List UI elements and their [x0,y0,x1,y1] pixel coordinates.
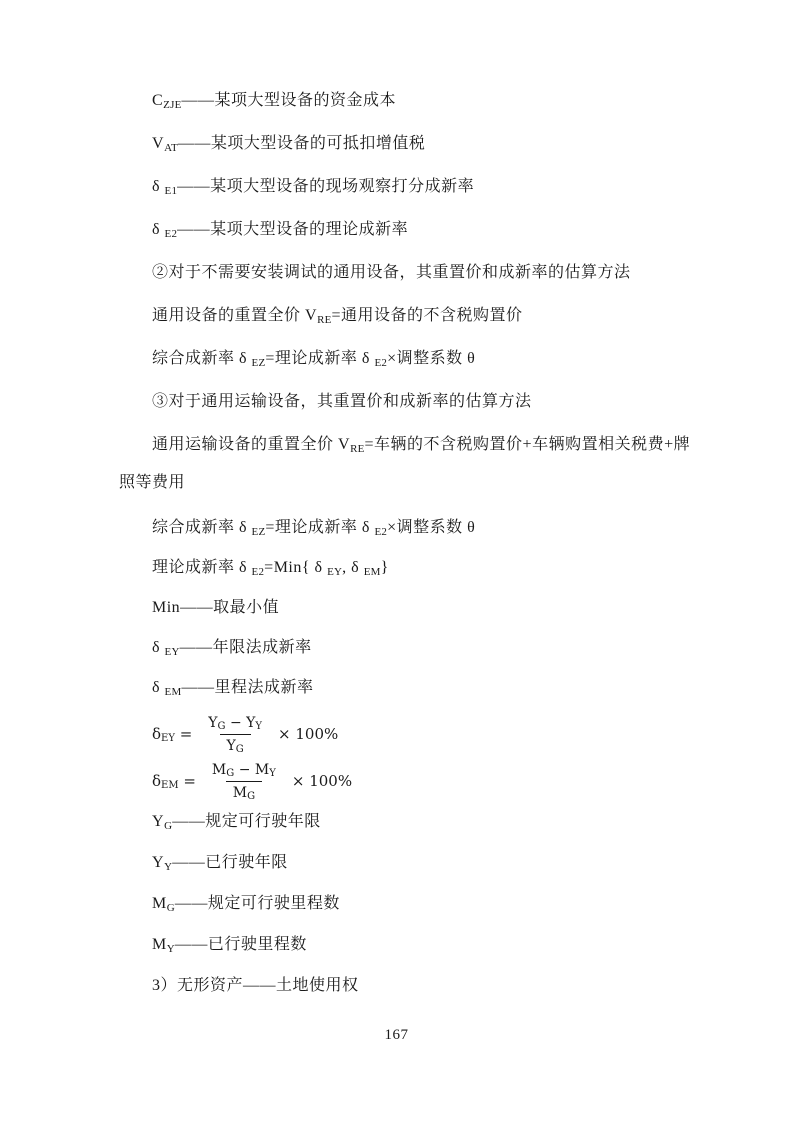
document-body: CZJE——某项大型设备的资金成本VAT——某项大型设备的可抵扣增值税δ E1—… [119,82,727,1008]
text-segment: × 100% [292,772,352,790]
text-line: δ E2——某项大型设备的理论成新率 [119,211,727,249]
text-line: δ E1——某项大型设备的现场观察打分成新率 [119,168,727,206]
text-segment: =理论成新率 δ [265,519,374,536]
formula: δEM = MG − MYMG× 100% [152,762,727,801]
text-segment: × 100% [278,725,338,743]
fraction: YG − YYYG [201,715,269,754]
text-segment: δ [152,725,161,743]
formula-lhs: δEY = [152,726,192,743]
text-line: MG——规定可行驶里程数 [119,885,727,923]
text-line: YY——已行驶年限 [119,844,727,882]
fraction-denominator: MG [226,781,262,801]
text-line: 3）无形资产——土地使用权 [119,967,727,1005]
text-segment: Y [227,738,236,754]
text-line: Min——取最小值 [119,589,727,627]
text-segment: ——规定可行驶年限 [172,813,321,830]
text-segment: M [255,762,269,778]
subscript-text: EZ [252,526,266,538]
text-segment: 照等费用 [119,474,185,491]
text-segment: = [179,772,196,790]
text-line: YG——规定可行驶年限 [119,803,727,841]
text-line: VAT——某项大型设备的可抵扣增值税 [119,125,727,163]
text-segment: 综合成新率 δ [152,350,252,367]
text-segment: δ [152,639,165,656]
subscript-text: Y [269,768,276,779]
subscript-text: E2 [374,357,387,369]
text-line: 综合成新率 δ EZ=理论成新率 δ E2×调整系数 θ [119,340,727,378]
text-line: 理论成新率 δ E2=Min{ δ EY, δ EM} [119,549,727,587]
subscript-text: E2 [165,228,178,240]
subscript-text: E2 [374,526,387,538]
subscript-text: E1 [165,185,178,197]
text-segment: =通用设备的不含税购置价 [332,307,523,324]
text-segment: ——已行驶里程数 [175,936,307,953]
formula: δEY = YG − YYYG× 100% [152,715,727,754]
text-segment: ——规定可行驶里程数 [175,895,340,912]
fraction-numerator: MG − MY [205,762,283,781]
subscript-text: G [218,721,226,732]
page-number: 167 [385,1027,409,1043]
text-segment: ——年限法成新率 [180,639,312,656]
text-line: δ EM——里程法成新率 [119,669,727,707]
text-segment: 3）无形资产——土地使用权 [152,977,359,994]
subscript-text: EY [327,566,342,578]
text-segment: δ [152,221,165,238]
subscript-text: G [236,744,244,755]
subscript-text: Y [164,861,172,873]
text-segment: δ [152,772,161,790]
formula-lhs: δEM = [152,773,196,790]
text-segment: − [226,715,247,731]
text-line: ③对于通用运输设备，其重置价和成新率的估算方法 [119,383,727,421]
text-segment: δ [152,178,165,195]
subscript-text: EM [165,686,182,698]
text-segment: } [381,559,389,576]
text-segment: ——里程法成新率 [181,679,313,696]
document-page: CZJE——某项大型设备的资金成本VAT——某项大型设备的可抵扣增值税δ E1—… [0,0,793,1122]
fraction-denominator: YG [220,734,251,754]
subscript-text: EY [161,733,175,744]
text-line: ②对于不需要安装调试的通用设备，其重置价和成新率的估算方法 [119,254,727,292]
text-line: δ EY——年限法成新率 [119,629,727,667]
subscript-text: E2 [252,566,265,578]
text-segment: ——某项大型设备的现场观察打分成新率 [177,178,474,195]
subscript-text: G [164,820,172,832]
subscript-text: RE [317,314,331,326]
text-line: CZJE——某项大型设备的资金成本 [119,82,727,120]
formula-tail: × 100% [292,773,352,790]
text-segment: Min——取最小值 [152,599,279,616]
text-segment: = [175,725,192,743]
text-segment: − [234,762,255,778]
text-segment: ③对于通用运输设备，其重置价和成新率的估算方法 [152,393,532,410]
text-line: 通用设备的重置全价 VRE=通用设备的不含税购置价 [119,297,727,335]
text-segment: Y [208,715,217,731]
text-segment: 综合成新率 δ [152,519,252,536]
subscript-text: RE [350,443,364,455]
text-segment: Y [152,813,164,830]
fraction-numerator: YG − YY [201,715,269,734]
text-line: 照等费用 [119,464,727,502]
fraction: MG − MYMG [205,762,283,801]
text-segment: V [152,135,164,152]
text-segment: M [233,785,247,801]
text-segment: ——已行驶年限 [172,854,288,871]
text-segment: ②对于不需要安装调试的通用设备，其重置价和成新率的估算方法 [152,264,631,281]
text-segment: 理论成新率 δ [152,559,252,576]
text-segment: M [152,936,167,953]
text-line: MY——已行驶里程数 [119,926,727,964]
subscript-text: G [247,791,255,802]
subscript-text: ZJE [163,99,181,111]
text-segment: M [152,895,167,912]
text-segment: 通用设备的重置全价 V [152,307,317,324]
text-segment: M [212,762,226,778]
text-segment: , δ [342,559,364,576]
subscript-text: EY [165,646,180,658]
text-segment: ——某项大型设备的可抵扣增值税 [178,135,426,152]
subscript-text: EM [364,566,381,578]
text-line: 通用运输设备的重置全价 VRE=车辆的不含税购置价+车辆购置相关税费+牌 [119,426,727,464]
subscript-text: EM [161,780,179,791]
subscript-text: EZ [252,357,266,369]
text-segment: C [152,92,163,109]
text-segment: δ [152,679,165,696]
text-segment: ×调整系数 θ [387,350,475,367]
text-segment: ——某项大型设备的资金成本 [182,92,397,109]
formula-tail: × 100% [278,726,338,743]
text-segment: 通用运输设备的重置全价 V [152,436,350,453]
page-footer: 167 [0,1026,793,1044]
subscript-text: G [167,902,175,914]
subscript-text: AT [164,142,178,154]
text-segment: =Min{ δ [264,559,327,576]
text-segment: ×调整系数 θ [387,519,475,536]
subscript-text: Y [255,721,262,732]
text-segment: Y [152,854,164,871]
subscript-text: Y [167,943,175,955]
text-segment: =理论成新率 δ [265,350,374,367]
text-segment: ——某项大型设备的理论成新率 [177,221,408,238]
text-segment: =车辆的不含税购置价+车辆购置相关税费+牌 [365,436,691,453]
text-line: 综合成新率 δ EZ=理论成新率 δ E2×调整系数 θ [119,509,727,547]
